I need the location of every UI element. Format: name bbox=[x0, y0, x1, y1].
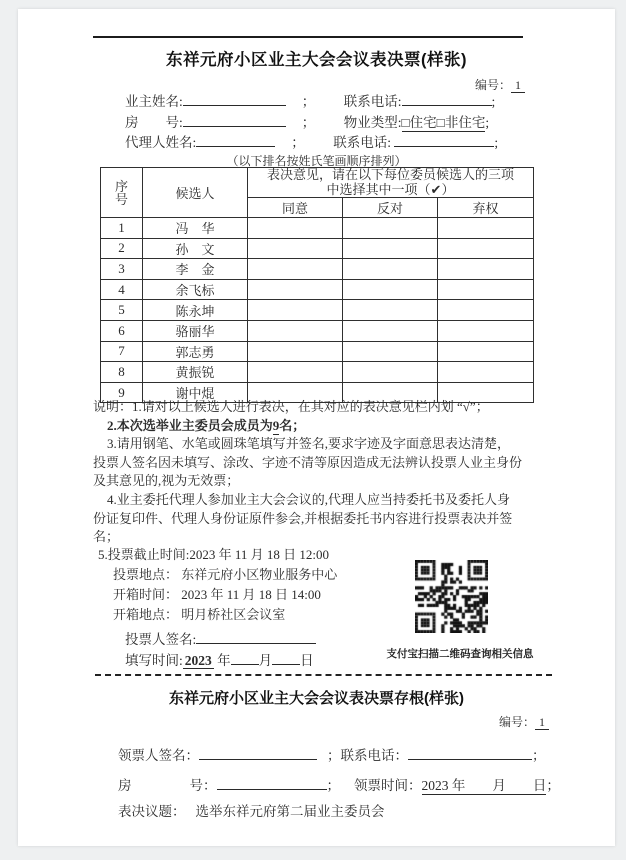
phone2-blank bbox=[394, 133, 494, 147]
separator: ； bbox=[275, 133, 333, 154]
agree-cell bbox=[248, 341, 343, 362]
stub-number: 编号：1 bbox=[499, 713, 549, 730]
year-unit: 年 bbox=[217, 653, 231, 668]
day-unit: 日 bbox=[300, 653, 314, 668]
seq-cell: 8 bbox=[101, 362, 143, 383]
candidate-name: 陈永坤 bbox=[143, 300, 248, 321]
agree-cell bbox=[248, 279, 343, 300]
seq-cell: 5 bbox=[101, 300, 143, 321]
separator: ； bbox=[327, 748, 341, 763]
table-row: 4余飞标 bbox=[101, 279, 534, 300]
oppose-cell bbox=[343, 320, 438, 341]
abstain-cell bbox=[438, 259, 534, 280]
signature-block: 投票人签名: 填写时间:2023 年月日 bbox=[125, 630, 316, 671]
separator: ； bbox=[327, 778, 341, 793]
seq-cell: 7 bbox=[101, 341, 143, 362]
separator: ; bbox=[494, 135, 498, 150]
note2-num: 2. bbox=[107, 418, 117, 433]
candidate-name: 黄振锐 bbox=[143, 362, 248, 383]
fill-year-value: 2023 bbox=[183, 653, 214, 669]
oppose-cell bbox=[343, 218, 438, 239]
alipay-qr-code bbox=[415, 560, 488, 633]
column-header-candidate: 候选人 bbox=[143, 168, 248, 218]
candidate-name: 余飞标 bbox=[143, 279, 248, 300]
candidate-name: 骆丽华 bbox=[143, 320, 248, 341]
table-row: 7郭志勇 bbox=[101, 341, 534, 362]
separator: ; bbox=[492, 94, 496, 109]
receive-time-label: 领票时间： bbox=[354, 778, 422, 793]
table-row: 2孙 文 bbox=[101, 238, 534, 259]
ballot-number-value: 1 bbox=[511, 78, 525, 93]
abstain-cell bbox=[438, 341, 534, 362]
oppose-cell bbox=[343, 238, 438, 259]
voter-signature-label: 投票人签名: bbox=[125, 632, 196, 647]
vote-topic-value: 选举东祥元府第二届业主委员会 bbox=[196, 804, 385, 819]
oppose-cell bbox=[343, 300, 438, 321]
separator: ; bbox=[485, 115, 489, 130]
agree-cell bbox=[248, 300, 343, 321]
agree-cell bbox=[248, 238, 343, 259]
note1-text: 1.请对以上候选人进行表决，在其对应的表决意见栏内划 “√”； bbox=[132, 399, 489, 414]
stub-room-char1: 房 bbox=[118, 778, 132, 793]
qr-caption: 支付宝扫描二维码查询相关信息 bbox=[374, 646, 546, 661]
table-row: 8黄振锐 bbox=[101, 362, 534, 383]
column-header-agree: 同意 bbox=[248, 198, 343, 218]
property-type-label: 物业类型: bbox=[344, 115, 402, 130]
separator: ； bbox=[286, 92, 344, 113]
stub-topic-row: 表决议题：选举东祥元府第二届业主委员会 bbox=[118, 800, 385, 820]
instruction-line-5: 及其意见的,视为无效票； bbox=[93, 472, 557, 491]
table-row: 6骆丽华 bbox=[101, 320, 534, 341]
instructions-block: 说明：1.请对以上候选人进行表决，在其对应的表决意见栏内划 “√”； 2.本次选… bbox=[93, 398, 557, 547]
stub-title: 东祥元府小区业主大会会议表决票存根(样张) bbox=[18, 687, 615, 708]
ballot-number: 编号：1 bbox=[475, 76, 525, 93]
stub-room-char2: 号： bbox=[190, 778, 217, 793]
abstain-cell bbox=[438, 279, 534, 300]
instruction-line-8: 名； bbox=[93, 528, 557, 547]
vote-instruction-header: 表决意见，请在以下每位委员候选人的三项中选择其中一项（✔） bbox=[248, 168, 534, 198]
openbox-location-line: 开箱地点： 明月桥社区会议室 bbox=[98, 605, 337, 625]
oppose-cell bbox=[343, 259, 438, 280]
agent-name-blank bbox=[196, 133, 275, 147]
table-row: 1冯 华 bbox=[101, 218, 534, 239]
ballot-document-page: { "ballot": { "title": "东祥元府小区业主大会会议表决票(… bbox=[0, 0, 626, 860]
voting-schedule-block: 5.投票截止时间:2023 年 11 月 18 日 12:00 投票地点： 东祥… bbox=[98, 545, 337, 625]
receiver-signature-blank bbox=[199, 746, 317, 760]
instruction-line-4: 投票人签名因未填写、涂改、字迹不清等原因造成无法辨认投票人业主身份 bbox=[93, 454, 557, 473]
candidate-name: 李 金 bbox=[143, 259, 248, 280]
vote-location-line: 投票地点： 东祥元府小区物业服务中心 bbox=[98, 565, 337, 585]
oppose-cell bbox=[343, 362, 438, 383]
note2-tail: 名； bbox=[279, 418, 305, 433]
candidate-name: 孙 文 bbox=[143, 238, 248, 259]
seq-cell: 1 bbox=[101, 218, 143, 239]
oppose-cell bbox=[343, 279, 438, 300]
month-unit: 月 bbox=[259, 653, 273, 668]
agent-name-label: 代理人姓名: bbox=[125, 135, 196, 150]
agent-name-row: 代理人姓名:；联系电话: ; bbox=[125, 133, 498, 154]
column-header-seq: 序号 bbox=[101, 168, 143, 218]
owner-name-blank bbox=[183, 92, 286, 106]
room-label: 房 号: bbox=[125, 115, 183, 130]
instruction-line-6: 4.业主委托代理人参加业主大会会议的,代理人应当持委托书及委托人身 bbox=[93, 491, 557, 510]
owner-name-label: 业主姓名: bbox=[125, 94, 183, 109]
seq-cell: 4 bbox=[101, 279, 143, 300]
ballot-number-label: 编号： bbox=[475, 78, 511, 92]
stub-room-blank bbox=[217, 776, 327, 790]
phone1-label: 联系电话: bbox=[344, 94, 402, 109]
separator: ； bbox=[532, 748, 546, 763]
property-type-checkboxes: □住宅□非住宅 bbox=[402, 115, 486, 132]
vote-topic-label: 表决议题： bbox=[118, 804, 186, 819]
room-number-row: 房 号:；物业类型:□住宅□非住宅; bbox=[125, 113, 498, 134]
room-blank bbox=[183, 113, 286, 127]
note2-text: 本次选举业主委员会成员为 bbox=[117, 418, 273, 433]
page-title: 东祥元府小区业主大会会议表决票(样张) bbox=[18, 46, 615, 70]
abstain-cell bbox=[438, 320, 534, 341]
separator: ； bbox=[546, 778, 560, 793]
notes-label: 说明： bbox=[93, 399, 132, 414]
table-row: 5陈永坤 bbox=[101, 300, 534, 321]
table-row: 3李 金 bbox=[101, 259, 534, 280]
tear-off-dashed-line bbox=[95, 674, 552, 676]
fill-date-label: 填写时间: bbox=[125, 653, 183, 668]
stub-phone-blank bbox=[408, 746, 532, 760]
abstain-cell bbox=[438, 238, 534, 259]
phone1-blank bbox=[402, 92, 492, 106]
separator: ； bbox=[286, 113, 344, 134]
candidate-vote-table: 序号 候选人 表决意见，请在以下每位委员候选人的三项中选择其中一项（✔） 同意 … bbox=[100, 167, 534, 403]
title-top-rule bbox=[93, 36, 523, 38]
seq-cell: 3 bbox=[101, 259, 143, 280]
seq-cell: 6 bbox=[101, 320, 143, 341]
abstain-cell bbox=[438, 362, 534, 383]
receiver-signature-label: 领票人签名： bbox=[118, 748, 199, 763]
agree-cell bbox=[248, 362, 343, 383]
stub-room-row: 房号：；领票时间：2023 年 月 日； bbox=[118, 774, 560, 794]
stub-phone-label: 联系电话： bbox=[341, 748, 409, 763]
owner-name-row: 业主姓名:；联系电话:; bbox=[125, 92, 498, 113]
day-blank bbox=[272, 651, 300, 665]
owner-info-form: 业主姓名:；联系电话:; 房 号:；物业类型:□住宅□非住宅; 代理人姓名:；联… bbox=[125, 92, 498, 154]
agree-cell bbox=[248, 218, 343, 239]
agree-cell bbox=[248, 259, 343, 280]
vote-instruction-line1: 表决意见，请在以下每位委员候选人的三项 bbox=[267, 168, 514, 183]
voter-signature-blank bbox=[196, 630, 316, 644]
candidate-name: 郭志勇 bbox=[143, 341, 248, 362]
column-header-oppose: 反对 bbox=[343, 198, 438, 218]
voter-signature-row: 投票人签名: bbox=[125, 630, 316, 651]
openbox-time-line: 开箱时间： 2023 年 11 月 18 日 14:00 bbox=[98, 585, 337, 605]
stub-number-label: 编号： bbox=[499, 715, 535, 729]
abstain-cell bbox=[438, 300, 534, 321]
phone2-label: 联系电话: bbox=[333, 135, 391, 150]
seq-header-char2: 号 bbox=[115, 192, 128, 207]
candidate-name: 冯 华 bbox=[143, 218, 248, 239]
oppose-cell bbox=[343, 341, 438, 362]
instruction-line-1: 说明：1.请对以上候选人进行表决，在其对应的表决意见栏内划 “√”； bbox=[93, 398, 557, 417]
month-blank bbox=[231, 651, 259, 665]
seq-cell: 2 bbox=[101, 238, 143, 259]
paper-sheet: 东祥元府小区业主大会会议表决票(样张) 编号：1 业主姓名:；联系电话:; 房 … bbox=[18, 9, 615, 846]
instruction-line-3: 3.请用钢笔、水笔或圆珠笔填写并签名,要求字迹及字面意思表达清楚， bbox=[93, 435, 557, 454]
vote-deadline-line: 5.投票截止时间:2023 年 11 月 18 日 12:00 bbox=[98, 545, 337, 565]
receive-time-value: 2023 年 月 日 bbox=[422, 778, 547, 795]
column-header-abstain: 弃权 bbox=[438, 198, 534, 218]
vote-instruction-line2: 中选择其中一项（✔） bbox=[327, 182, 455, 197]
stub-number-value: 1 bbox=[535, 715, 549, 730]
instruction-line-7: 份证复印件、代理人身份证原件参会,并根据委托书内容进行投票表决并签 bbox=[93, 510, 557, 529]
abstain-cell bbox=[438, 218, 534, 239]
fill-date-row: 填写时间:2023 年月日 bbox=[125, 651, 316, 672]
instruction-line-2: 2.本次选举业主委员会成员为9名； bbox=[93, 417, 557, 436]
agree-cell bbox=[248, 320, 343, 341]
stub-receiver-row: 领票人签名：；联系电话：； bbox=[118, 744, 546, 764]
